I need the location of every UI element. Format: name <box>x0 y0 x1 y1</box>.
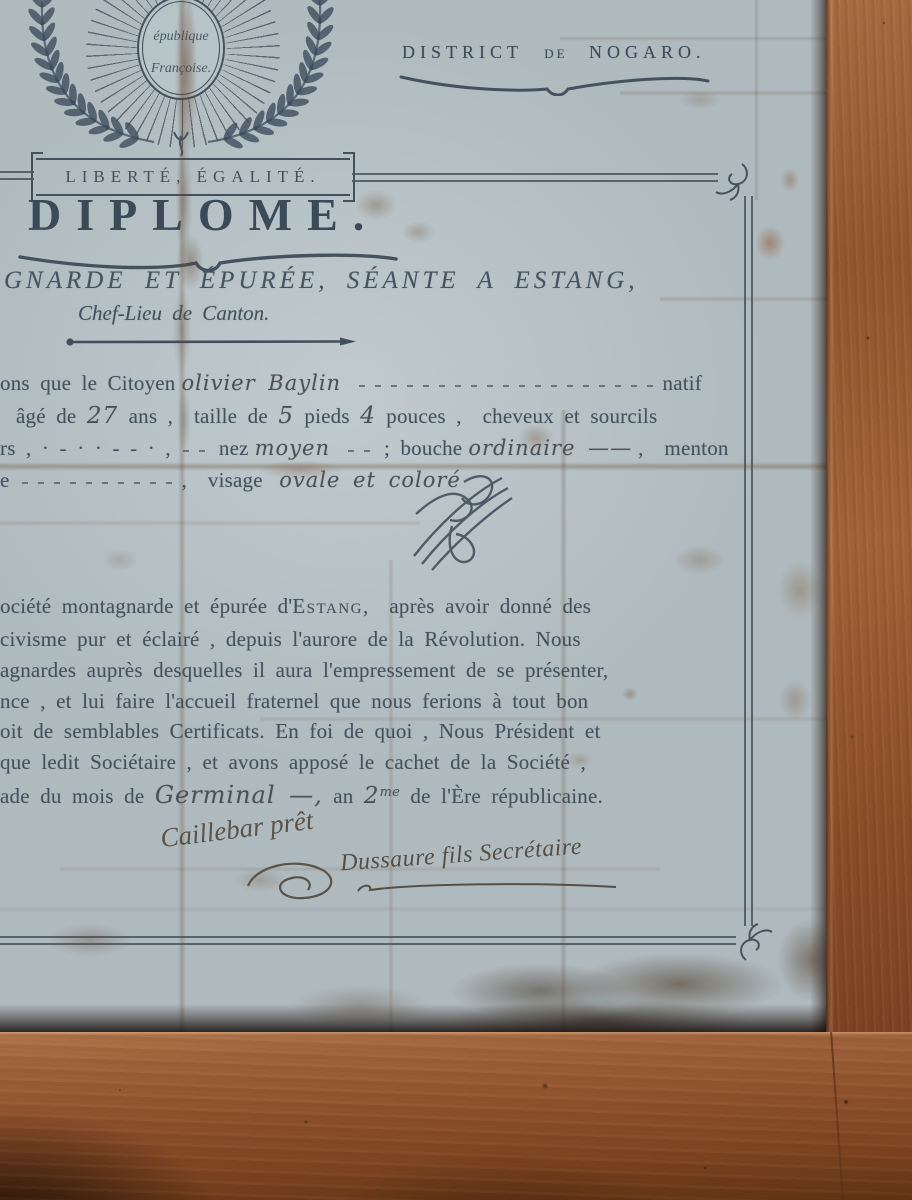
secretary-title: Secrétaire <box>472 834 583 868</box>
ink-flourish-paraphe <box>405 468 517 574</box>
laurel-branch-right-icon <box>208 0 336 151</box>
motto-text: LIBERTÉ, ÉGALITÉ. <box>65 167 320 187</box>
main-text: ociété montagnarde et épurée d' <box>0 594 292 618</box>
main-text: an <box>323 784 364 808</box>
mouth-handwritten: ordinaire —— <box>468 436 632 460</box>
height-feet-handwritten: 5 <box>278 403 294 429</box>
citizen-name-handwritten: olivier Baylin <box>182 371 342 395</box>
dash-leader <box>183 450 209 452</box>
intro-text: nez <box>219 436 249 461</box>
main-text: de l'Ère républicaine. <box>400 784 603 808</box>
intro-text: ons que le Citoyen <box>0 371 176 396</box>
section-rule <box>64 336 360 348</box>
estang-smallcaps: Estang <box>292 594 363 618</box>
republic-laurel-emblem-icon: épublique Françoise. <box>2 0 360 156</box>
main-line-2: civisme pur et éclairé , depuis l'aurore… <box>0 627 581 652</box>
border-line-right <box>744 196 753 926</box>
main-text: ade du mois de <box>0 784 155 808</box>
age-handwritten: 27 <box>87 403 118 429</box>
intro-line-2: âgé de 27 ans , taille de 5 pieds 4 pouc… <box>16 403 657 429</box>
dash-leader <box>22 482 172 484</box>
border-line-left-segment <box>0 171 34 180</box>
frame-shadow-right <box>810 0 826 1034</box>
intro-text: , visage <box>182 468 274 493</box>
district-word-de: de <box>544 46 567 61</box>
main-line-4: nce , et lui faire l'accueil fraternel q… <box>0 689 588 714</box>
diploma-title: DIPLOME. <box>28 188 379 241</box>
dash-leader <box>359 385 652 387</box>
intro-text: , menton <box>638 436 729 461</box>
secretary-name: Dussaure fils <box>339 841 473 876</box>
height-inches-handwritten: 4 <box>360 403 376 429</box>
border-line-bottom <box>0 936 736 945</box>
main-text: , après avoir donné des <box>363 594 591 618</box>
society-name-line: GNARDE ET ÉPURÉE, SÉANTE A ESTANG, <box>4 267 639 295</box>
intro-text: ; bouche <box>384 436 462 461</box>
intro-text: pieds <box>294 404 360 428</box>
main-line-1: ociété montagnarde et épurée d'Estang, a… <box>0 594 591 619</box>
chef-lieu-line: Chef-Lieu de Canton. <box>78 301 269 326</box>
dash-leader <box>348 450 374 452</box>
month-handwritten: Germinal —, <box>155 781 323 809</box>
wreath-knot-icon <box>174 132 188 156</box>
intro-text: e <box>0 468 10 493</box>
wood-frame-bottom-rail <box>0 1032 912 1200</box>
emblem-text-line1: épublique <box>153 29 208 44</box>
intro-text: âgé de <box>16 404 87 428</box>
main-line-6: que ledit Sociétaire , et avons apposé l… <box>0 750 586 775</box>
corner-fleuron-bottom-icon <box>736 922 776 966</box>
district-word: DISTRICT <box>402 42 523 62</box>
president-signature: Caillebar prêt <box>159 805 315 855</box>
district-word-nogaro: NOGARO. <box>589 42 706 62</box>
wood-frame-right-rail <box>826 0 912 1200</box>
emblem-text-line2: Françoise. <box>150 61 211 76</box>
intro-text: rs , · - · · - - · , <box>0 436 171 461</box>
main-line-3: agnardes auprès desquelles il aura l'emp… <box>0 658 608 683</box>
intro-text: natif <box>663 371 702 396</box>
frame-shadow-bottom <box>0 1004 840 1032</box>
intro-text: ans , taille de <box>118 404 278 428</box>
intro-line-1: ons que le Citoyen olivier Baylin natif <box>0 371 702 396</box>
intro-text: pouces , cheveux et sourcils <box>376 404 658 428</box>
year-superscript-handwritten: me <box>380 785 400 800</box>
year-handwritten: 2 <box>364 783 380 809</box>
secretary-signature: Dussaure fils Secrétaire <box>339 834 582 878</box>
framed-diploma-photo: { "colors": { "paper": "#b9c5c9", "ink":… <box>0 0 912 1200</box>
secretary-signature-underline <box>352 880 622 896</box>
laurel-branch-left-icon <box>26 0 154 150</box>
diploma-document: épublique Françoise. DISTRICT de NOGARO.… <box>0 0 826 1034</box>
district-heading: DISTRICT de NOGARO. <box>402 42 706 63</box>
border-line-top <box>352 173 718 182</box>
district-underline-brace <box>397 70 712 96</box>
main-line-7: ade du mois de Germinal —, an 2me de l'È… <box>0 781 603 809</box>
main-line-5: oit de semblables Certificats. En foi de… <box>0 719 600 744</box>
intro-line-3: rs , · - · · - - · , nez moyen ; bouche … <box>0 436 705 461</box>
nose-handwritten: moyen <box>255 436 330 460</box>
